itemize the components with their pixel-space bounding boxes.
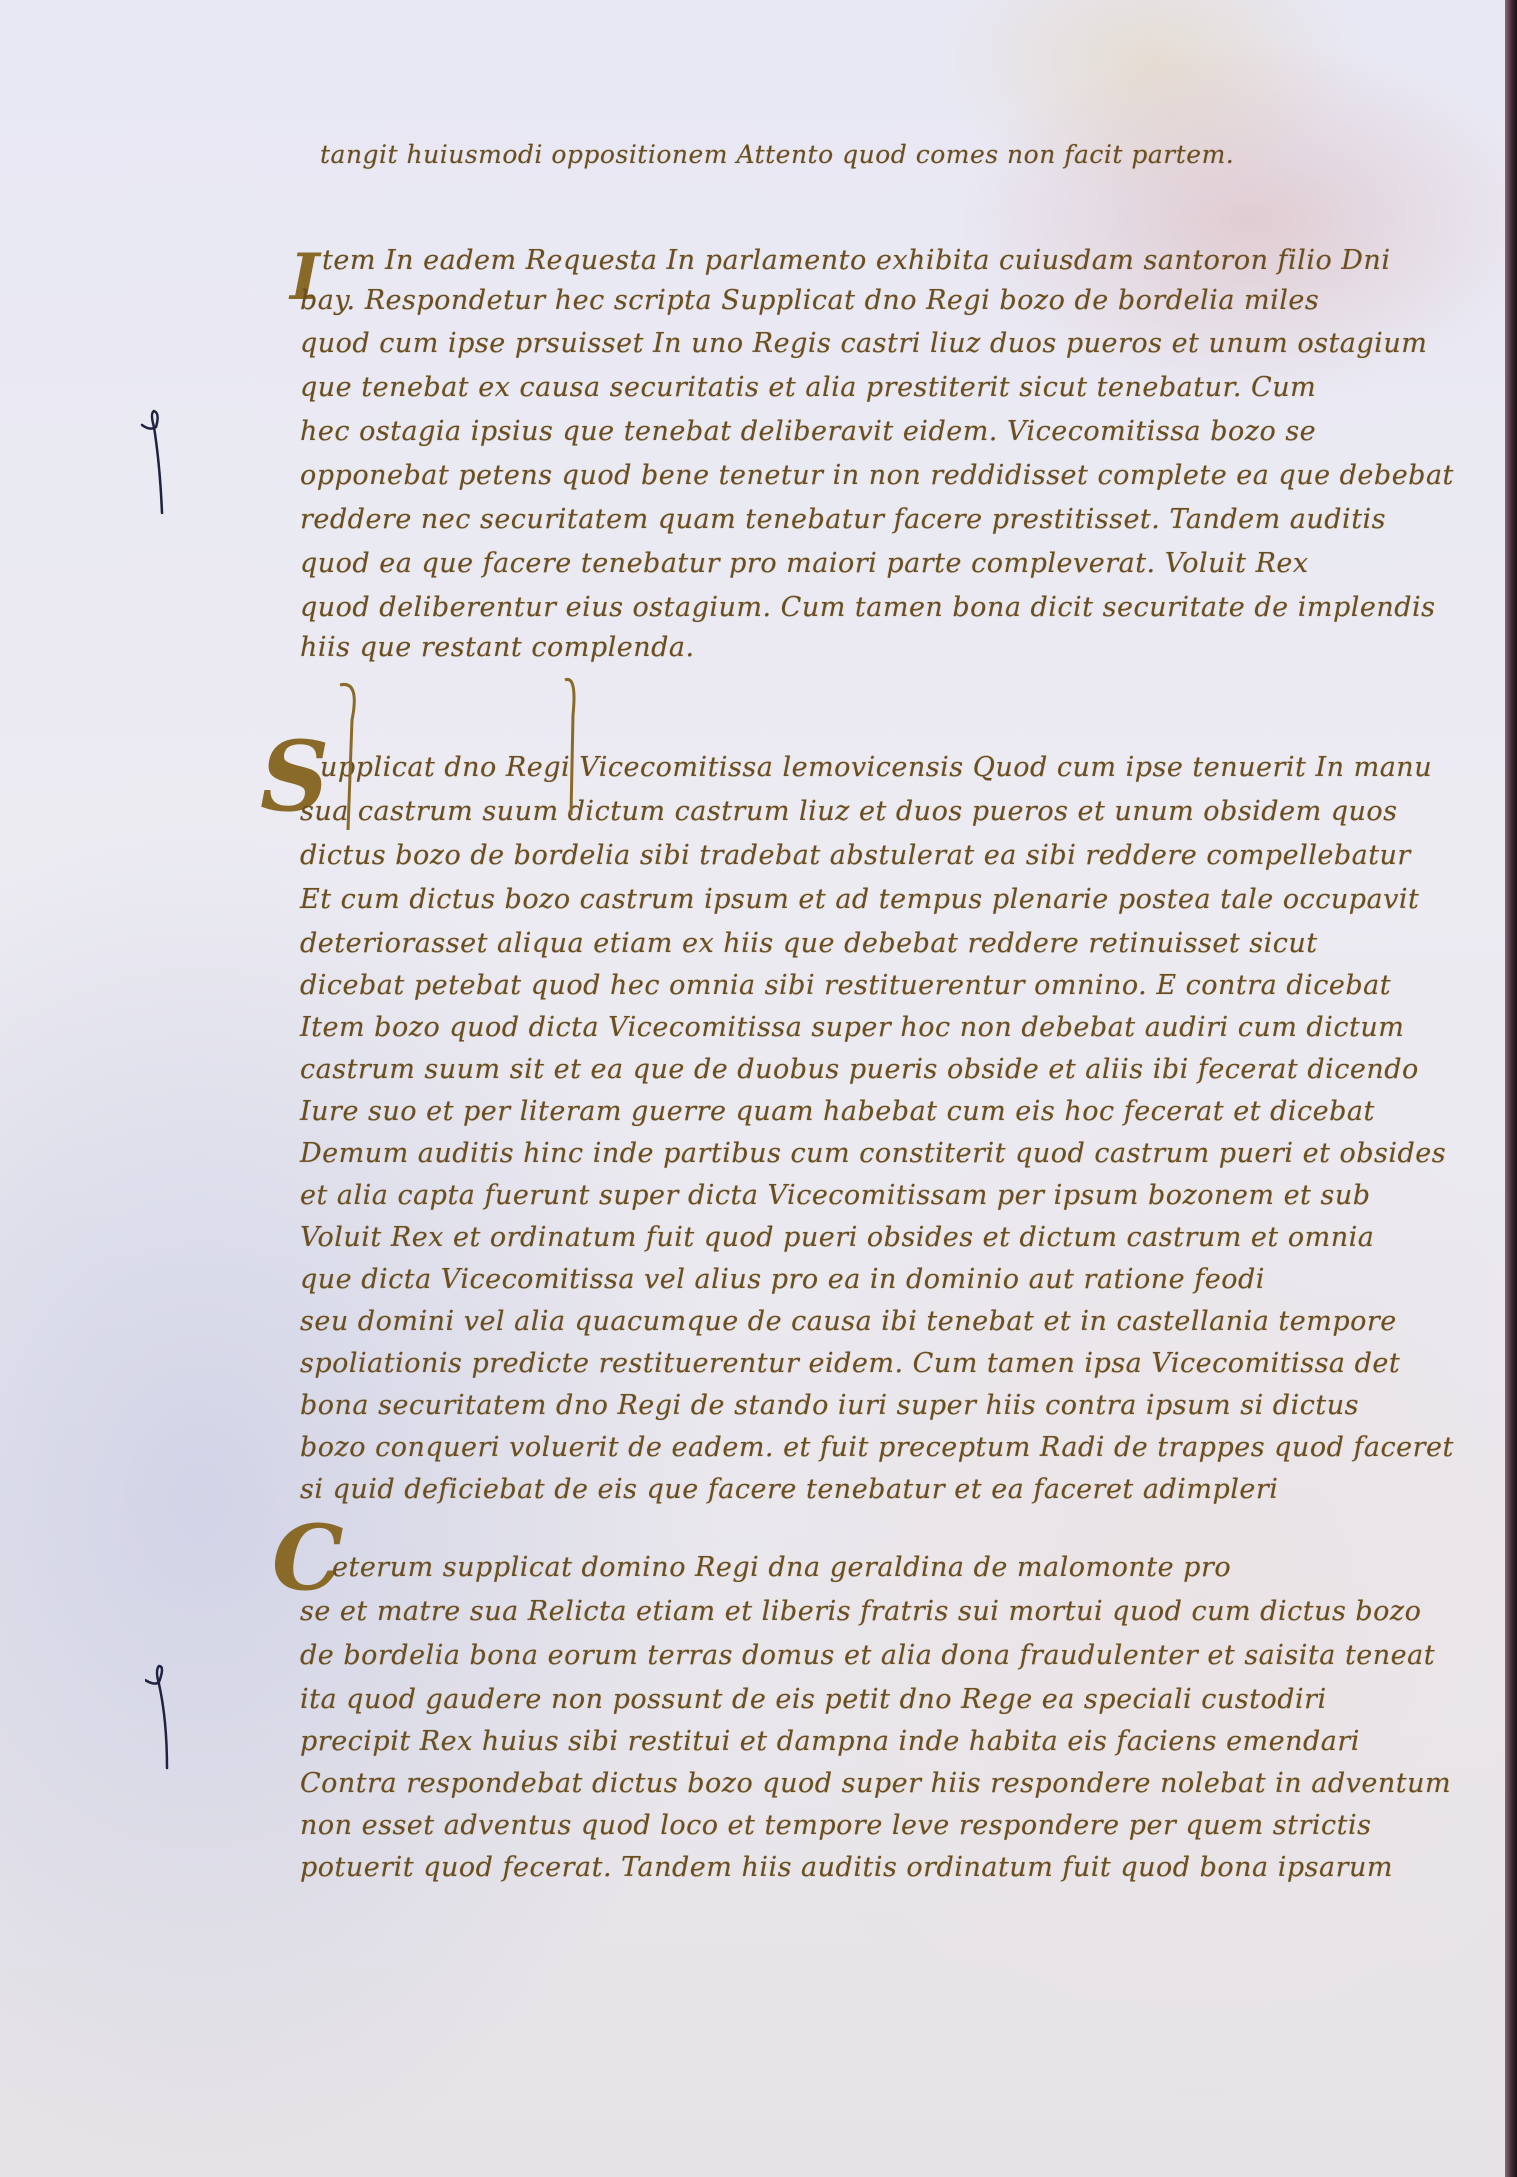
- ascender-flourish-icon: [330, 680, 390, 840]
- margin-bracket-mark-icon: [145, 1660, 175, 1770]
- paragraph-1-line-3: quod cum ipse prsuisset In uno Regis cas…: [300, 328, 1427, 359]
- paragraph-3-line-2: se et matre sua Relicta etiam et liberis…: [300, 1596, 1421, 1627]
- page-edge-shadow: [1505, 0, 1517, 2177]
- paragraph-2-line-11: et alia capta fuerunt super dicta Viceco…: [300, 1180, 1371, 1211]
- paragraph-2-line-1: upplicat dno Regi Vicecomitissa lemovice…: [320, 752, 1432, 783]
- paragraph-2-line-4: Et cum dictus bozo castrum ipsum et ad t…: [300, 884, 1419, 915]
- paragraph-2-line-16: bona securitatem dno Regi de stando iuri…: [300, 1390, 1359, 1421]
- paragraph-2-line-14: seu domini vel alia quacumque de causa i…: [300, 1306, 1397, 1337]
- paragraph-1-line-2: bay. Respondetur hec scripta Supplicat d…: [300, 285, 1319, 316]
- paragraph-2-line-15: spoliationis predicte restituerentur eid…: [300, 1348, 1400, 1379]
- paragraph-2-line-9: Iure suo et per literam guerre quam habe…: [300, 1096, 1375, 1127]
- paragraph-3-line-8: potuerit quod fecerat. Tandem hiis audit…: [300, 1852, 1393, 1883]
- paragraph-2-line-10: Demum auditis hinc inde partibus cum con…: [300, 1138, 1446, 1169]
- paragraph-1-line-4: que tenebat ex causa securitatis et alia…: [300, 372, 1316, 403]
- paragraph-2-line-12: Voluit Rex et ordinatum fuit quod pueri …: [300, 1222, 1374, 1253]
- paragraph-2-line-5: deteriorasset aliqua etiam ex hiis que d…: [300, 928, 1318, 959]
- ascender-flourish-icon: [555, 675, 595, 825]
- paragraph-1-line-10: hiis que restant complenda.: [300, 632, 695, 663]
- top-line: tangit huiusmodi oppositionem Attento qu…: [320, 140, 1234, 169]
- paragraph-3-line-7: non esset adventus quod loco et tempore …: [300, 1810, 1372, 1841]
- paragraph-3-line-4: ita quod gaudere non possunt de eis peti…: [300, 1684, 1327, 1715]
- paragraph-3-line-1: eterum supplicat domino Regi dna geraldi…: [332, 1552, 1231, 1583]
- paragraph-1-line-6: opponebat petens quod bene tenetur in no…: [300, 460, 1454, 491]
- paragraph-2-line-6: dicebat petebat quod hec omnia sibi rest…: [300, 970, 1391, 1001]
- paragraph-1-line-5: hec ostagia ipsius que tenebat deliberav…: [300, 416, 1316, 447]
- parchment-page: tangit huiusmodi oppositionem Attento qu…: [0, 0, 1505, 2177]
- paragraph-2-line-2: sua castrum suum dictum castrum liuz et …: [300, 796, 1398, 827]
- paragraph-1-line-1: tem In eadem Requesta In parlamento exhi…: [322, 245, 1390, 276]
- paragraph-3-line-3: de bordelia bona eorum terras domus et a…: [300, 1640, 1435, 1671]
- margin-bracket-mark-icon: [140, 405, 170, 515]
- paragraph-1-line-7: reddere nec securitatem quam tenebatur f…: [300, 504, 1386, 535]
- paragraph-2-line-7: Item bozo quod dicta Vicecomitissa super…: [300, 1012, 1404, 1043]
- paragraph-2-line-13: que dicta Vicecomitissa vel alius pro ea…: [300, 1264, 1265, 1295]
- paragraph-2-line-8: castrum suum sit et ea que de duobus pue…: [300, 1054, 1419, 1085]
- paragraph-2-line-18: si quid deficiebat de eis que facere ten…: [300, 1474, 1278, 1505]
- paragraph-1-line-9: quod deliberentur eius ostagium. Cum tam…: [300, 592, 1436, 623]
- paragraph-1-line-8: quod ea que facere tenebatur pro maiori …: [300, 548, 1309, 579]
- paragraph-3-line-5: precipit Rex huius sibi restitui et damp…: [300, 1726, 1360, 1757]
- paragraph-3-line-6: Contra respondebat dictus bozo quod supe…: [300, 1768, 1451, 1799]
- paragraph-2-line-3: dictus bozo de bordelia sibi tradebat ab…: [300, 840, 1411, 871]
- paragraph-2-line-17: bozo conqueri voluerit de eadem. et fuit…: [300, 1432, 1454, 1463]
